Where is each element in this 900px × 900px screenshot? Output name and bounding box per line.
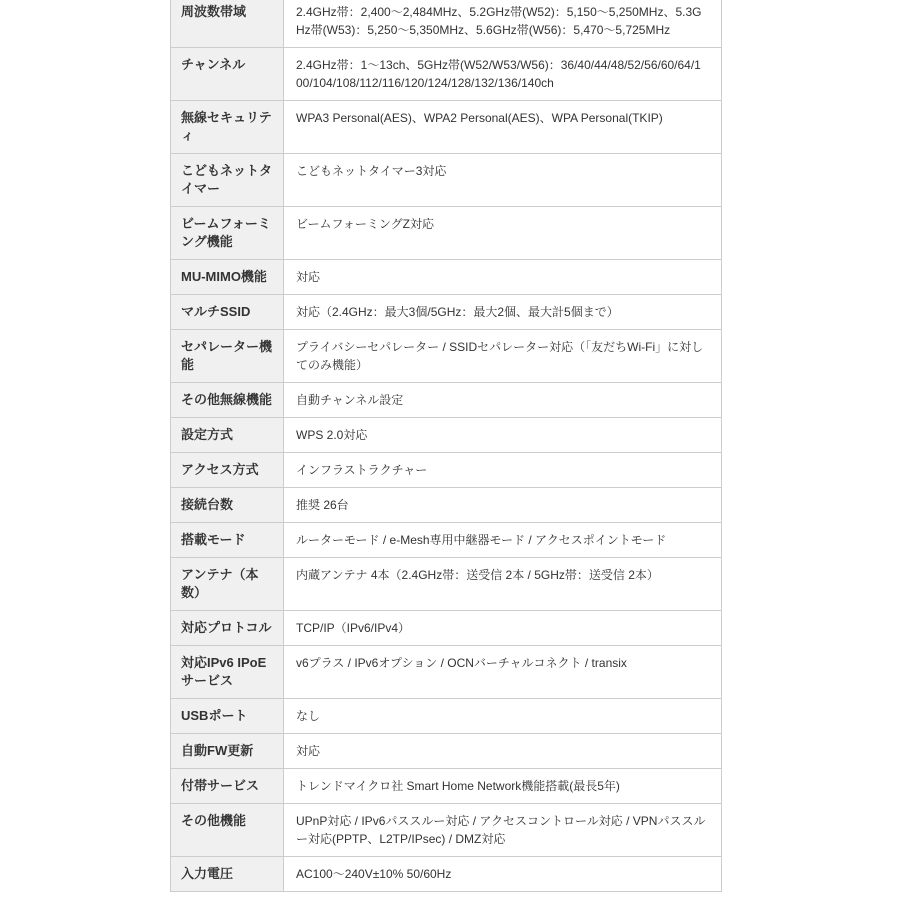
spec-row-multi-ssid: マルチSSID 対応（2.4GHz：最大3個/5GHz：最大2個、最大計5個まで… (170, 295, 722, 330)
spec-value: なし (284, 699, 721, 733)
spec-label: アクセス方式 (171, 453, 284, 487)
spec-label: 付帯サービス (171, 769, 284, 803)
spec-row-ipv6-ipoe: 対応IPv6 IPoEサービス v6プラス / IPv6オプション / OCNバ… (170, 646, 722, 699)
spec-label: マルチSSID (171, 295, 284, 329)
spec-row-input-voltage: 入力電圧 AC100〜240V±10% 50/60Hz (170, 857, 722, 892)
spec-row-antenna: アンテナ（本数） 内蔵アンテナ 4本（2.4GHz帯：送受信 2本 / 5GHz… (170, 558, 722, 611)
spec-value: 対応 (284, 734, 721, 768)
spec-row-frequency-band: 周波数帯域 2.4GHz帯：2,400〜2,484MHz、5.2GHz帯(W52… (170, 0, 722, 48)
spec-label: 無線セキュリティ (171, 101, 284, 153)
spec-value: 自動チャンネル設定 (284, 383, 721, 417)
spec-value: ビームフォーミングZ対応 (284, 207, 721, 259)
spec-value: インフラストラクチャー (284, 453, 721, 487)
spec-row-mu-mimo: MU-MIMO機能 対応 (170, 260, 722, 295)
spec-row-protocol: 対応プロトコル TCP/IP（IPv6/IPv4） (170, 611, 722, 646)
spec-label: 対応プロトコル (171, 611, 284, 645)
spec-value: 内蔵アンテナ 4本（2.4GHz帯：送受信 2本 / 5GHz帯：送受信 2本） (284, 558, 721, 610)
spec-row-usb-port: USBポート なし (170, 699, 722, 734)
spec-value: 2.4GHz帯：1〜13ch、5GHz帯(W52/W53/W56)：36/40/… (284, 48, 721, 100)
spec-row-modes: 搭載モード ルーターモード / e-Mesh専用中継器モード / アクセスポイン… (170, 523, 722, 558)
spec-value: 対応 (284, 260, 721, 294)
spec-label: 接続台数 (171, 488, 284, 522)
spec-label: USBポート (171, 699, 284, 733)
spec-label: チャンネル (171, 48, 284, 100)
spec-value: WPA3 Personal(AES)、WPA2 Personal(AES)、WP… (284, 101, 721, 153)
spec-value: 推奨 26台 (284, 488, 721, 522)
spec-row-setup-method: 設定方式 WPS 2.0対応 (170, 418, 722, 453)
spec-row-wireless-security: 無線セキュリティ WPA3 Personal(AES)、WPA2 Persona… (170, 101, 722, 154)
spec-row-access-method: アクセス方式 インフラストラクチャー (170, 453, 722, 488)
spec-value: v6プラス / IPv6オプション / OCNバーチャルコネクト / trans… (284, 646, 721, 698)
spec-value: トレンドマイクロ社 Smart Home Network機能搭載(最長5年) (284, 769, 721, 803)
product-spec-table: 周波数帯域 2.4GHz帯：2,400〜2,484MHz、5.2GHz帯(W52… (170, 0, 722, 892)
spec-value: WPS 2.0対応 (284, 418, 721, 452)
spec-value: こどもネットタイマー3対応 (284, 154, 721, 206)
spec-label: 設定方式 (171, 418, 284, 452)
spec-row-beamforming: ビームフォーミング機能 ビームフォーミングZ対応 (170, 207, 722, 260)
spec-label: その他機能 (171, 804, 284, 856)
spec-label: こどもネットタイマー (171, 154, 284, 206)
spec-value: UPnP対応 / IPv6パススルー対応 / アクセスコントロール対応 / VP… (284, 804, 721, 856)
spec-row-bundled-service: 付帯サービス トレンドマイクロ社 Smart Home Network機能搭載(… (170, 769, 722, 804)
spec-label: 対応IPv6 IPoEサービス (171, 646, 284, 698)
spec-label: ビームフォーミング機能 (171, 207, 284, 259)
spec-label: セパレーター機能 (171, 330, 284, 382)
spec-row-separator: セパレーター機能 プライバシーセパレーター / SSIDセパレーター対応（「友だ… (170, 330, 722, 383)
spec-value: プライバシーセパレーター / SSIDセパレーター対応（「友だちWi-Fi」に対… (284, 330, 721, 382)
spec-label: 搭載モード (171, 523, 284, 557)
spec-value: TCP/IP（IPv6/IPv4） (284, 611, 721, 645)
spec-label: 入力電圧 (171, 857, 284, 891)
spec-value: 2.4GHz帯：2,400〜2,484MHz、5.2GHz帯(W52)：5,15… (284, 0, 721, 47)
spec-label: MU-MIMO機能 (171, 260, 284, 294)
spec-row-kids-net-timer: こどもネットタイマー こどもネットタイマー3対応 (170, 154, 722, 207)
spec-row-other-functions: その他機能 UPnP対応 / IPv6パススルー対応 / アクセスコントロール対… (170, 804, 722, 857)
spec-value: 対応（2.4GHz：最大3個/5GHz：最大2個、最大計5個まで） (284, 295, 721, 329)
spec-value: ルーターモード / e-Mesh専用中継器モード / アクセスポイントモード (284, 523, 721, 557)
spec-label: アンテナ（本数） (171, 558, 284, 610)
spec-row-auto-fw-update: 自動FW更新 対応 (170, 734, 722, 769)
spec-row-channels: チャンネル 2.4GHz帯：1〜13ch、5GHz帯(W52/W53/W56)：… (170, 48, 722, 101)
spec-label: 周波数帯域 (171, 0, 284, 47)
spec-value: AC100〜240V±10% 50/60Hz (284, 857, 721, 891)
spec-row-connected-devices: 接続台数 推奨 26台 (170, 488, 722, 523)
spec-label: その他無線機能 (171, 383, 284, 417)
spec-label: 自動FW更新 (171, 734, 284, 768)
spec-row-other-wireless: その他無線機能 自動チャンネル設定 (170, 383, 722, 418)
